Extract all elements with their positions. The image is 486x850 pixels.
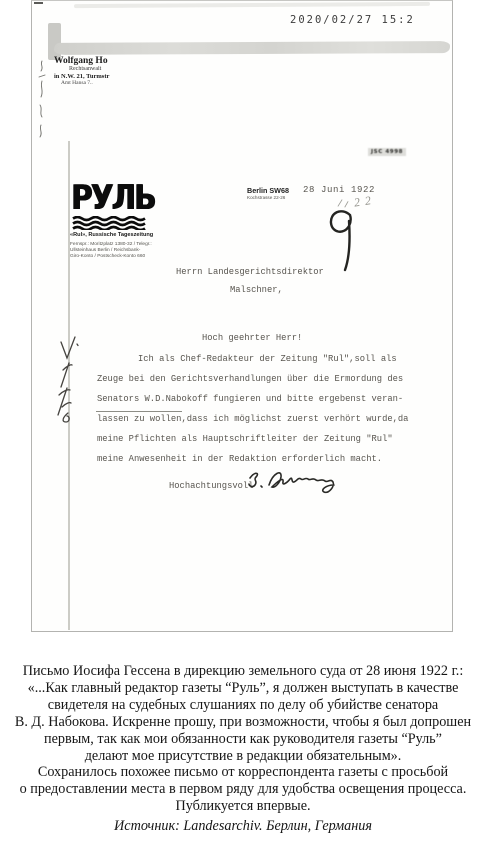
stamp-title: Rechtsanwalt xyxy=(54,66,164,72)
margin-notes-icon xyxy=(52,331,94,427)
masthead-waves-icon xyxy=(72,216,146,230)
caption-line: свидетеля на судебных слушаниях по делу … xyxy=(0,697,486,714)
caption-line: Публикуется впервые. xyxy=(0,798,486,815)
stamp-address: in N.W. 21, Turmstr xyxy=(54,73,164,80)
caption-line: делают мое присутствие в редакции обязат… xyxy=(0,748,486,765)
scan-top-streak xyxy=(74,2,430,8)
body-line: Zeuge bei den Gerichtsverhandlungen über… xyxy=(97,374,403,384)
body-line: meine Pflichten als Hauptschriftleiter d… xyxy=(97,434,393,444)
letterhead-street: Kochstrasse 22-26 xyxy=(247,195,289,200)
salutation: Hoch geehrter Herr! xyxy=(202,333,302,343)
body-line: Ich als Chef-Redakteur der Zeitung "Rul"… xyxy=(138,354,397,364)
masthead-subtitle: «Rul», Russische Tageszeitung xyxy=(70,232,153,238)
margin-scribbles-icon xyxy=(36,57,52,139)
caption-line: о предоставлении места в первом ряду для… xyxy=(0,781,486,798)
caption-line: первым, так как мои обязанности как руко… xyxy=(0,731,486,748)
closing-formula: Hochachtungsvoll xyxy=(169,481,253,491)
recipient-line: Herrn Landesgerichtsdirektor xyxy=(176,267,324,277)
caption-line: Письмо Иосифа Гессена в дирекцию земельн… xyxy=(0,663,486,680)
fax-timestamp: 2020/02/27 15:2 xyxy=(290,14,415,26)
caption-source: Источник: Landesarchiv. Берлин, Германия xyxy=(0,818,486,835)
masthead-detail-line: Giro-Konto / Postscheck-Konto 660 xyxy=(70,254,165,260)
rul-masthead-logo: РУЛЬ xyxy=(71,179,155,218)
body-line: Senators W.D.Nabokoff fungieren und bitt… xyxy=(97,394,403,404)
letterhead-city-block: Berlin SW68 Kochstrasse 22-26 xyxy=(247,186,289,200)
caption-line: В. Д. Набокова. Искренне прошу, при возм… xyxy=(0,714,486,731)
hessen-signature-icon xyxy=(242,458,342,500)
photo-caption: Письмо Иосифа Гессена в дирекцию земельн… xyxy=(0,663,486,835)
scanned-letter: 2020/02/27 15:2 Wolfgang Ho Rechtsanwalt… xyxy=(31,0,453,632)
pencil-underline xyxy=(96,411,182,412)
recipient-name: Malschner, xyxy=(230,285,283,295)
scan-smudge-blob xyxy=(48,23,61,60)
stamp-name: Wolfgang Ho xyxy=(54,56,164,66)
lawyer-stamp: Wolfgang Ho Rechtsanwalt in N.W. 21, Tur… xyxy=(54,56,164,86)
archive-stamp: JSC 4998 xyxy=(368,148,406,156)
scan-horizontal-streak xyxy=(54,41,450,55)
handwritten-numeral-9-icon xyxy=(325,206,359,276)
body-line: lassen zu wollen,dass ich möglichst zuer… xyxy=(97,414,408,424)
letterhead-city: Berlin SW68 xyxy=(247,186,289,195)
masthead-details: Fernspr.: Moritzplatz 1380-32 / Telegr.:… xyxy=(70,242,165,260)
caption-line: Сохранилось похожее письмо от корреспонд… xyxy=(0,764,486,781)
stamp-phone: Amt Hansa 7.. xyxy=(54,80,164,86)
scan-corner-artifact xyxy=(34,2,43,4)
caption-line: «...Как главный редактор газеты “Руль”, … xyxy=(0,680,486,697)
